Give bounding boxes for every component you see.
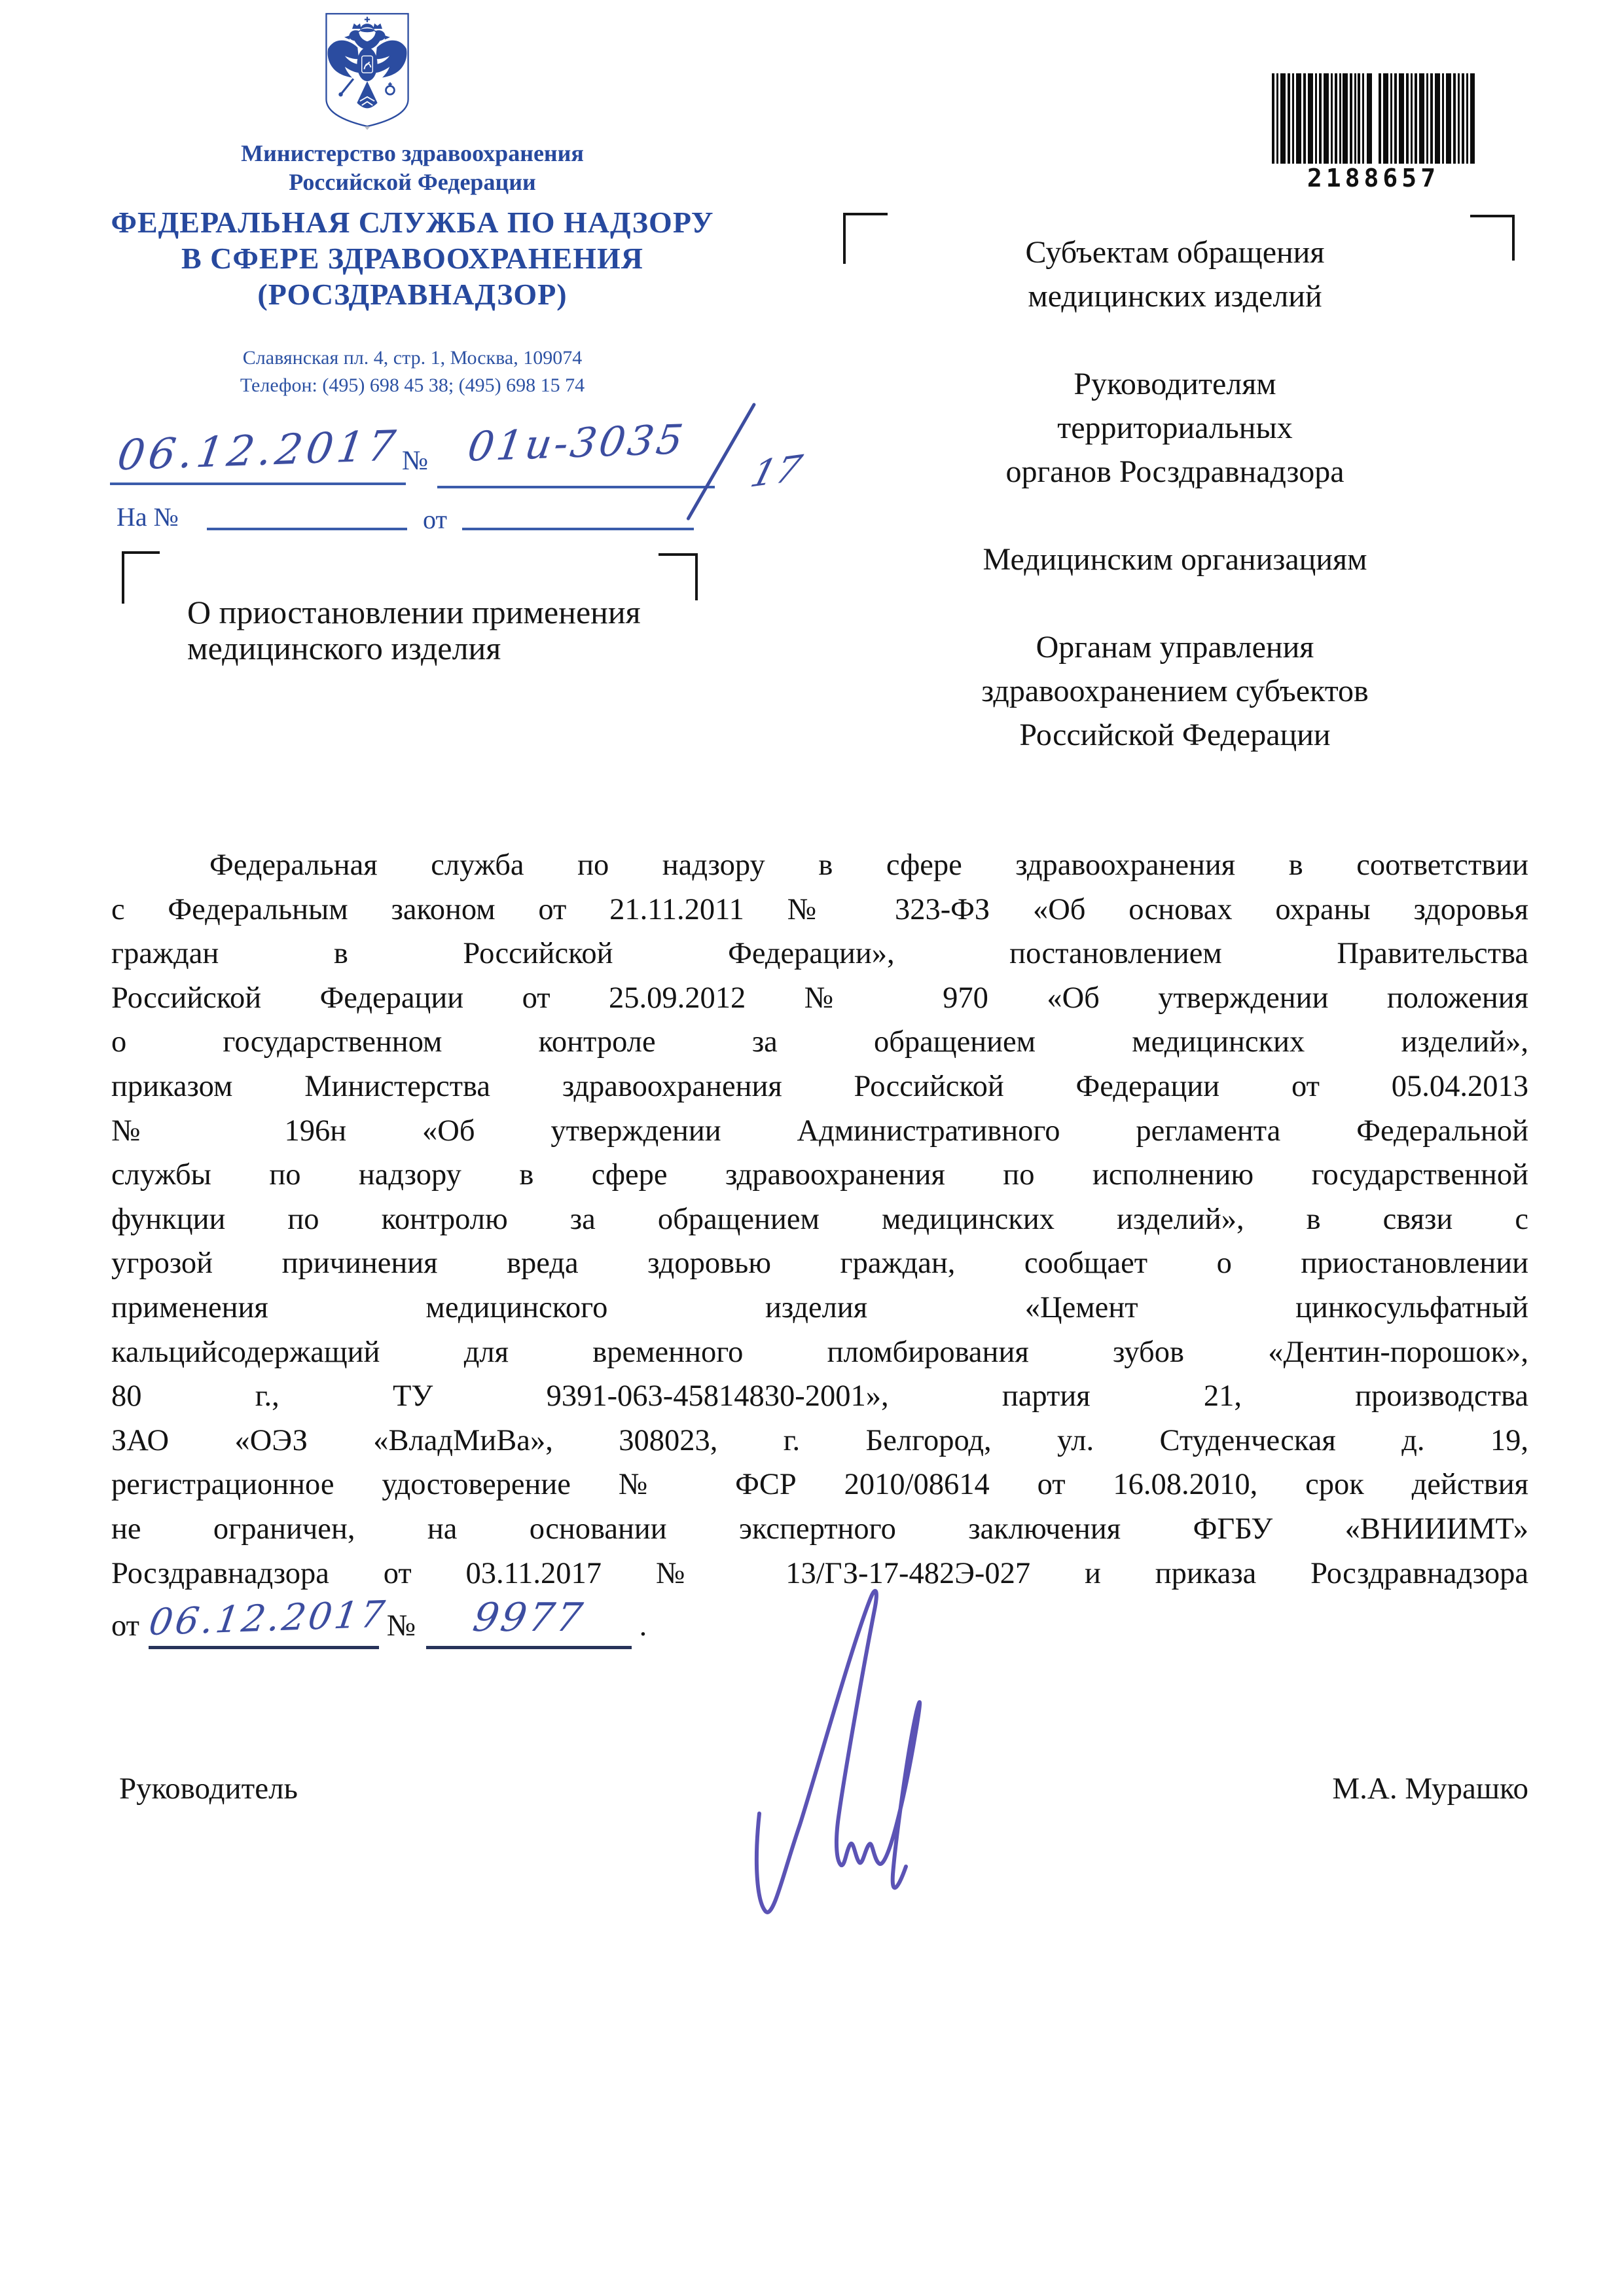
handwritten-number-suffix: 17 xyxy=(746,447,806,496)
recipient-line: территориальных xyxy=(844,406,1506,450)
recipient-group: Медицинским организациям xyxy=(844,538,1506,581)
handwritten-order-number: 9977 xyxy=(424,1595,634,1641)
handwritten-order-number-field: 9977 xyxy=(426,1595,632,1649)
ministry-name: Министерство здравоохранения Российской … xyxy=(92,139,733,196)
coat-of-arms-icon xyxy=(322,9,412,131)
recipient-line: Медицинским организациям xyxy=(844,538,1506,581)
ministry-line: Министерство здравоохранения xyxy=(92,139,733,168)
body-line: Российской Федерации от 25.09.2012 № 970… xyxy=(111,976,1528,1021)
subject-line: О приостановлении применения xyxy=(187,594,724,630)
recipient-line: органов Росздравнадзора xyxy=(844,450,1506,494)
corner-bracket-subject-left xyxy=(122,551,160,604)
body-line: не ограничен, на основании экспертного з… xyxy=(111,1507,1528,1552)
body-line: с Федеральным законом от 21.11.2011 № 32… xyxy=(111,888,1528,932)
recipient-line: Органам управления xyxy=(844,625,1506,669)
service-line: В СФЕРЕ ЗДРАВООХРАНЕНИЯ xyxy=(92,240,733,276)
service-name: ФЕДЕРАЛЬНАЯ СЛУЖБА ПО НАДЗОРУ В СФЕРЕ ЗД… xyxy=(92,204,733,312)
signer-name: М.А. Мурашко xyxy=(1201,1771,1528,1806)
reply-ref-label: На № xyxy=(117,501,179,532)
postal-address: Славянская пл. 4, стр. 1, Москва, 109074 xyxy=(92,344,733,372)
corner-bracket-subject-right xyxy=(659,553,698,600)
recipient-line: Субъектам обращения xyxy=(844,230,1506,274)
reply-ref-blank xyxy=(207,528,407,530)
number-underline xyxy=(437,486,715,488)
recipient-line: Руководителям xyxy=(844,362,1506,406)
reply-date-blank xyxy=(462,528,694,530)
body-line: о государственном контроле за обращением… xyxy=(111,1020,1528,1065)
body-line: кальцийсодержащий для временного пломбир… xyxy=(111,1330,1528,1375)
ministry-line: Российской Федерации xyxy=(92,168,733,196)
recipients-block: Субъектам обращения медицинских изделий … xyxy=(844,230,1506,801)
closing-number-sign: № xyxy=(387,1609,416,1643)
reply-date-label: от xyxy=(423,504,447,535)
recipient-line: Российской Федерации xyxy=(844,713,1506,757)
barcode-number: 2188657 xyxy=(1272,164,1475,192)
body-line: регистрационное удостоверение № ФСР 2010… xyxy=(111,1463,1528,1507)
phone-numbers: Телефон: (495) 698 45 38; (495) 698 15 7… xyxy=(92,372,733,399)
signer-title: Руководитель xyxy=(119,1771,298,1806)
body-line: службы по надзору в сфере здравоохранени… xyxy=(111,1153,1528,1197)
recipient-line: медицинских изделий xyxy=(844,274,1506,318)
recipient-group: Органам управления здравоохранением субъ… xyxy=(844,625,1506,757)
recipient-line: здравоохранением субъектов xyxy=(844,669,1506,713)
body-line: угрозой причинения вреда здоровью гражда… xyxy=(111,1241,1528,1286)
service-line: ФЕДЕРАЛЬНАЯ СЛУЖБА ПО НАДЗОРУ xyxy=(92,204,733,240)
body-line: функции по контролю за обращением медици… xyxy=(111,1197,1528,1242)
letterhead-contact: Славянская пл. 4, стр. 1, Москва, 109074… xyxy=(92,344,733,399)
handwritten-signature-icon xyxy=(740,1581,949,1928)
handwritten-order-date-field: 06.12.2017 xyxy=(149,1596,379,1649)
letter-subject: О приостановлении применения медицинског… xyxy=(187,594,724,666)
recipient-group: Субъектам обращения медицинских изделий xyxy=(844,230,1506,318)
body-line: 80 г., ТУ 9391-063-45814830-2001», парти… xyxy=(111,1374,1528,1419)
scanned-letter-page: Министерство здравоохранения Российской … xyxy=(0,0,1624,2296)
subject-line: медицинского изделия xyxy=(187,630,724,666)
number-sign: № xyxy=(402,445,428,477)
body-line: ЗАО «ОЭЗ «ВладМиВа», 308023, г. Белгород… xyxy=(111,1419,1528,1463)
handwritten-order-date: 06.12.2017 xyxy=(146,1592,382,1646)
body-line: Федеральная служба по надзору в сфере зд… xyxy=(111,843,1528,888)
letter-body: Федеральная служба по надзору в сфере зд… xyxy=(111,843,1528,1595)
body-line: № 196н «Об утверждении Административного… xyxy=(111,1109,1528,1154)
body-line: граждан в Российской Федерации», постано… xyxy=(111,932,1528,976)
closing-suffix: . xyxy=(640,1609,647,1643)
recipient-group: Руководителям территориальных органов Ро… xyxy=(844,362,1506,494)
handwritten-outgoing-date: 06.12.2017 xyxy=(109,422,408,480)
date-underline xyxy=(110,483,406,485)
handwritten-outgoing-number: 01и-3035 xyxy=(439,414,715,471)
body-line: приказом Министерства здравоохранения Ро… xyxy=(111,1065,1528,1109)
barcode-icon xyxy=(1272,73,1475,164)
body-line: применения медицинского изделия «Цемент … xyxy=(111,1286,1528,1330)
closing-prefix: от xyxy=(111,1609,139,1643)
service-line: (РОСЗДРАВНАДЗОР) xyxy=(92,276,733,312)
